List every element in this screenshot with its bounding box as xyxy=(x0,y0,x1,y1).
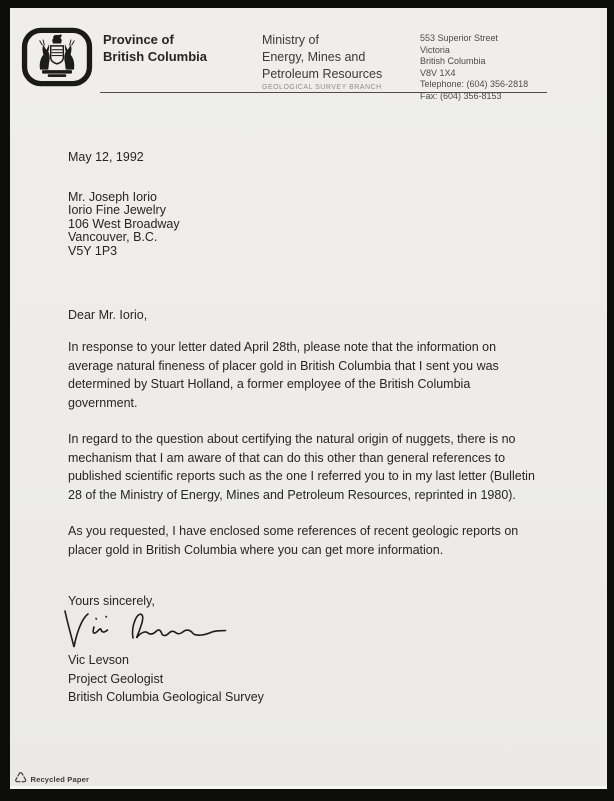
letterhead-divider xyxy=(100,92,547,93)
salutation: Dear Mr. Iorio, xyxy=(68,308,147,322)
letterhead-province: Province of British Columbia xyxy=(103,31,207,65)
letter-date: May 12, 1992 xyxy=(68,150,144,164)
recipient-address-block: Mr. Joseph Iorio Iorio Fine Jewelry 106 … xyxy=(68,191,180,258)
letter-page: Province of British Columbia Ministry of… xyxy=(10,8,607,789)
letterhead-branch: GEOLOGICAL SURVEY BRANCH xyxy=(262,84,382,91)
paragraph-2: In regard to the question about certifyi… xyxy=(68,430,560,504)
recycle-icon: ♺ xyxy=(14,771,27,787)
bc-coat-of-arms-icon xyxy=(20,26,94,88)
recycled-paper-label: Recycled Paper xyxy=(30,775,89,784)
recycled-paper-note: ♺ Recycled Paper xyxy=(14,771,89,787)
paragraph-1: In response to your letter dated April 2… xyxy=(68,338,560,412)
scanned-letter: Province of British Columbia Ministry of… xyxy=(0,0,614,801)
paragraph-3: As you requested, I have enclosed some r… xyxy=(68,522,560,559)
signer-block: Vic Levson Project Geologist British Col… xyxy=(68,651,264,707)
letterhead-ministry: Ministry of Energy, Mines and Petroleum … xyxy=(262,32,382,83)
handwritten-signature xyxy=(56,606,241,656)
